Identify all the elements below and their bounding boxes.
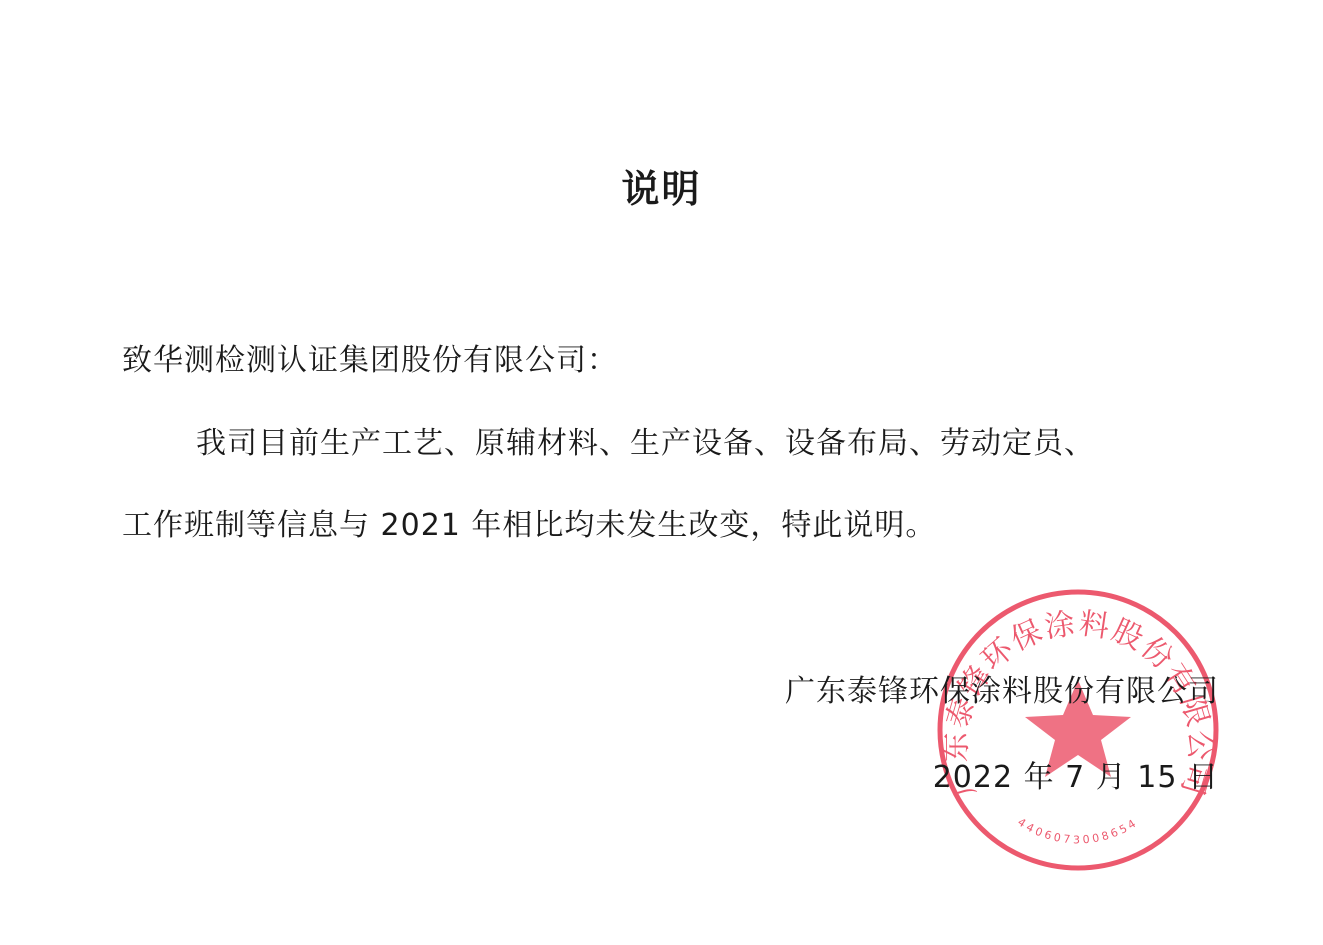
document-title: 说明 [0,158,1323,213]
body-line-1: 我司目前生产工艺、原辅材料、生产设备、设备布局、劳动定员、 [196,418,1095,462]
body-line-2: 工作班制等信息与 2021 年相比均未发生改变，特此说明。 [122,500,936,544]
signature-date: 2022 年 7 月 15 日 [933,752,1219,796]
signature-company: 广东泰锋环保涂料股份有限公司 [785,666,1219,710]
addressee: 致华测检测认证集团股份有限公司： [122,335,618,379]
svg-text:4406073008654: 4406073008654 [1015,816,1140,847]
company-seal-stamp-icon: 广东泰锋环保涂料股份有限公司 4406073008654 [933,585,1223,875]
